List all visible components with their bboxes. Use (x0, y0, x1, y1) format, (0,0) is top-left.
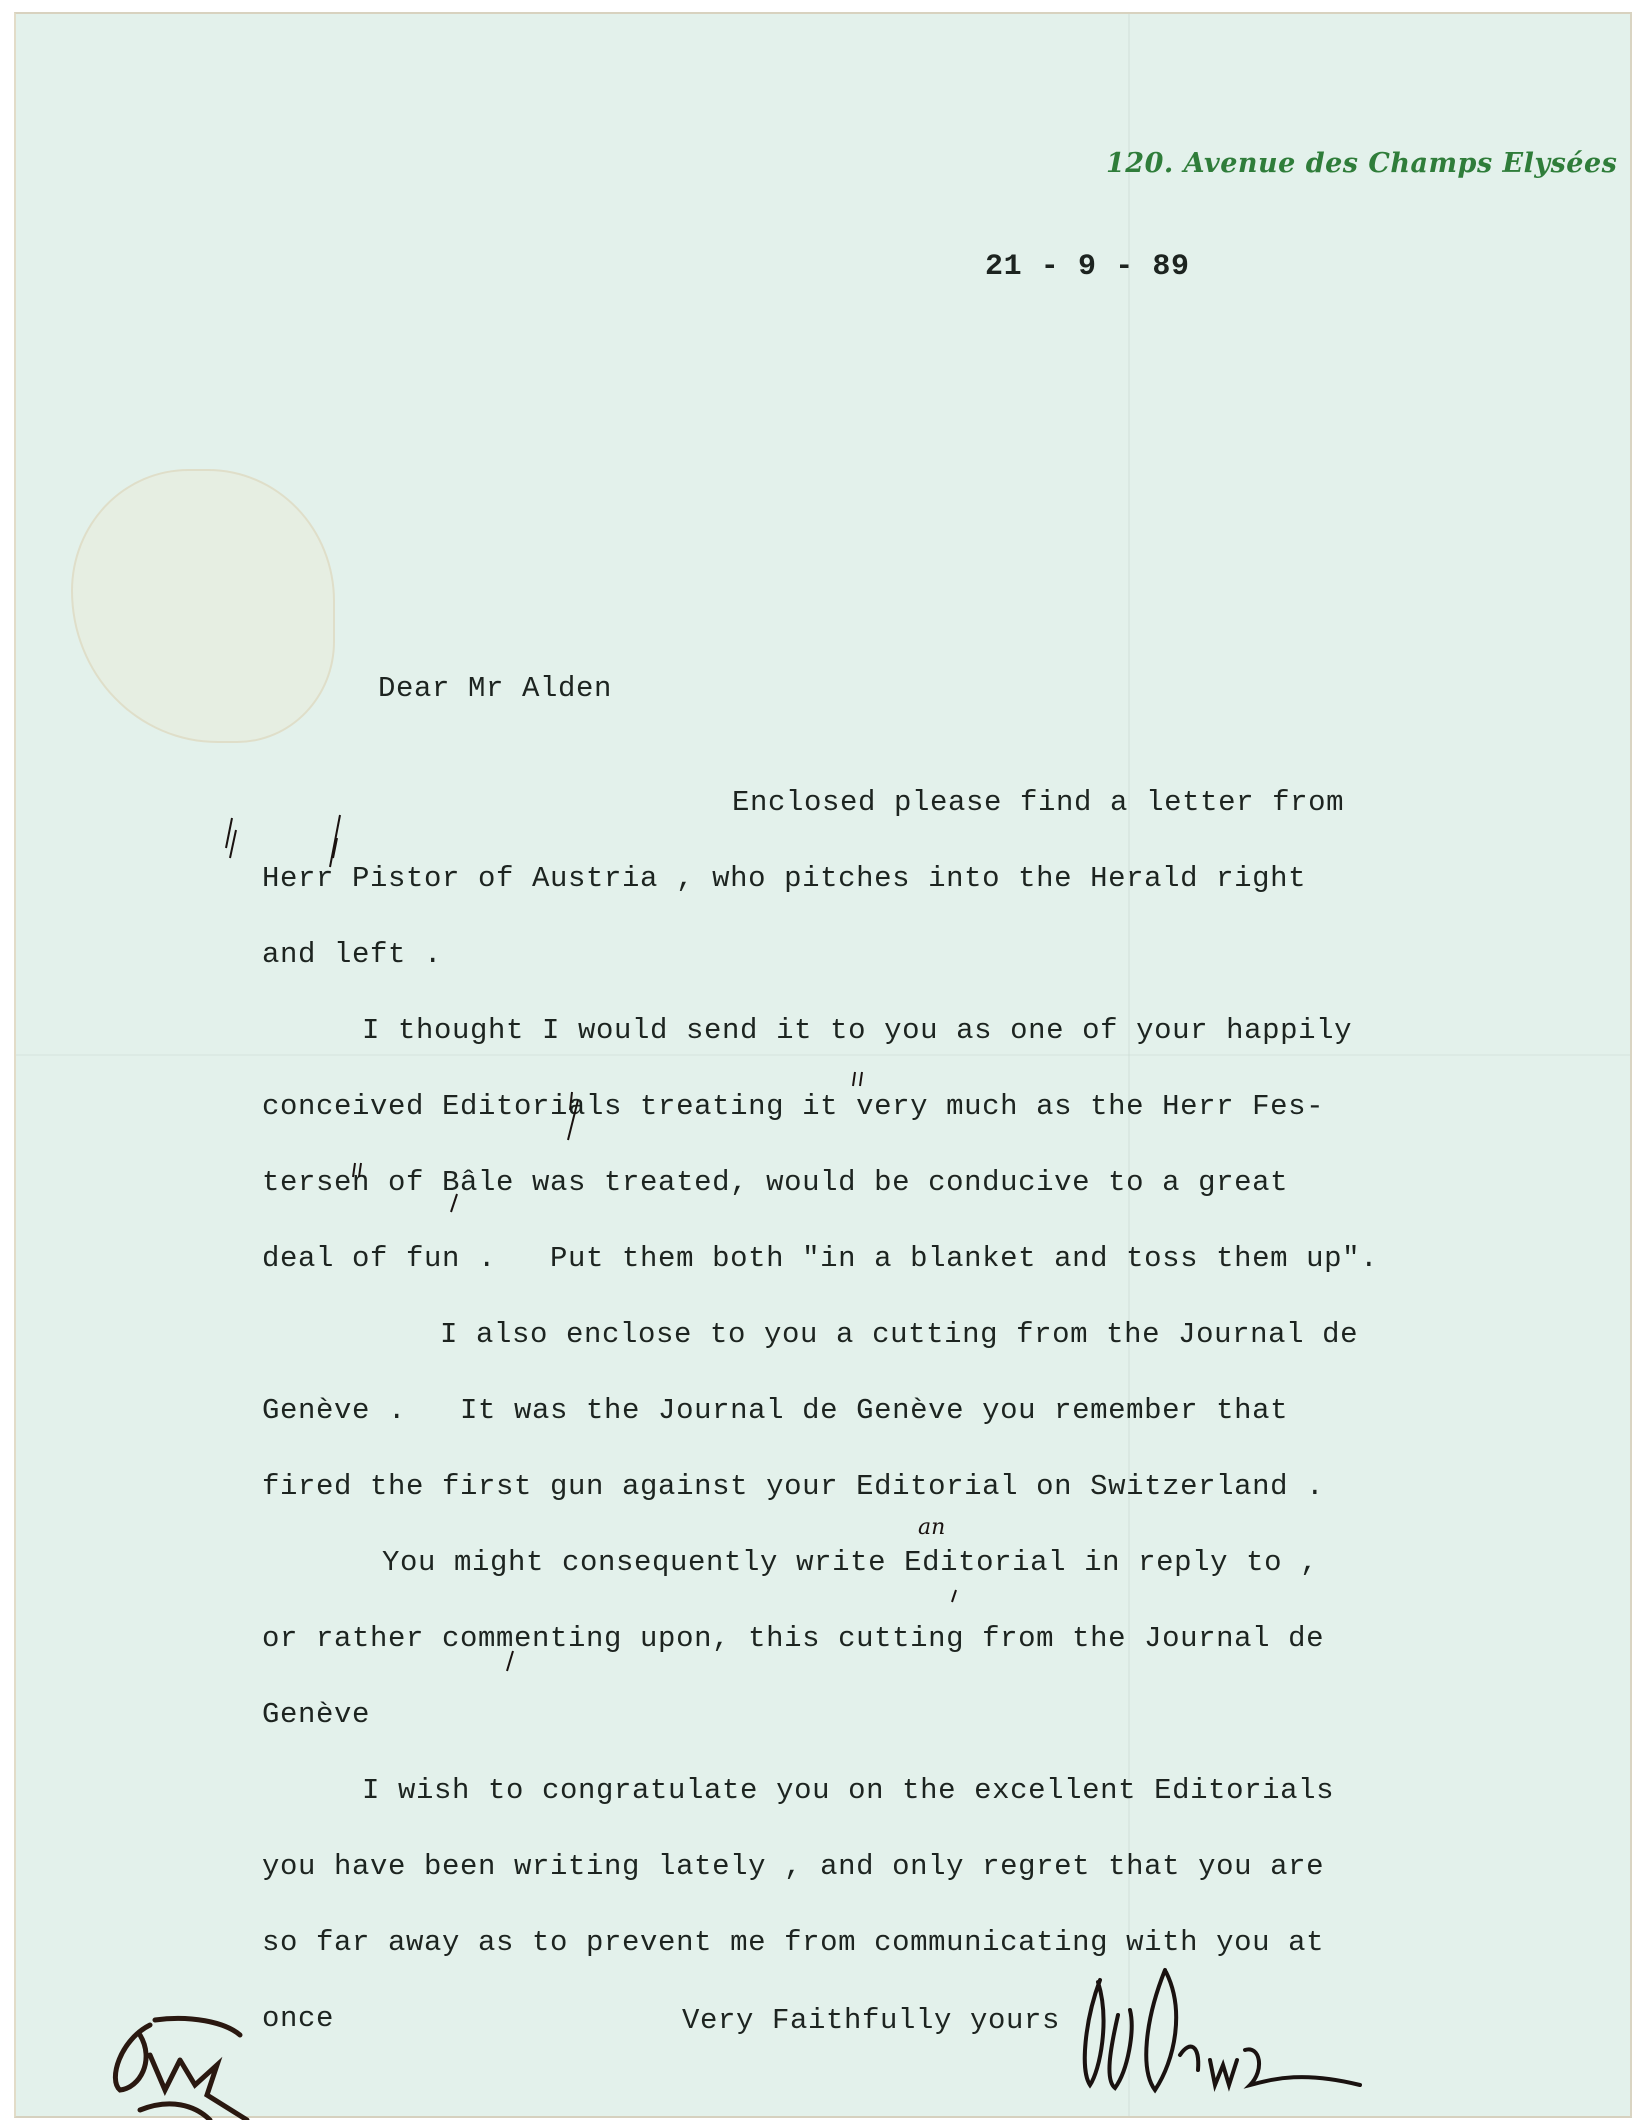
handwritten-marks (0, 0, 1648, 2127)
signature (1070, 1960, 1430, 2110)
handwritten-over-note (100, 2010, 260, 2120)
